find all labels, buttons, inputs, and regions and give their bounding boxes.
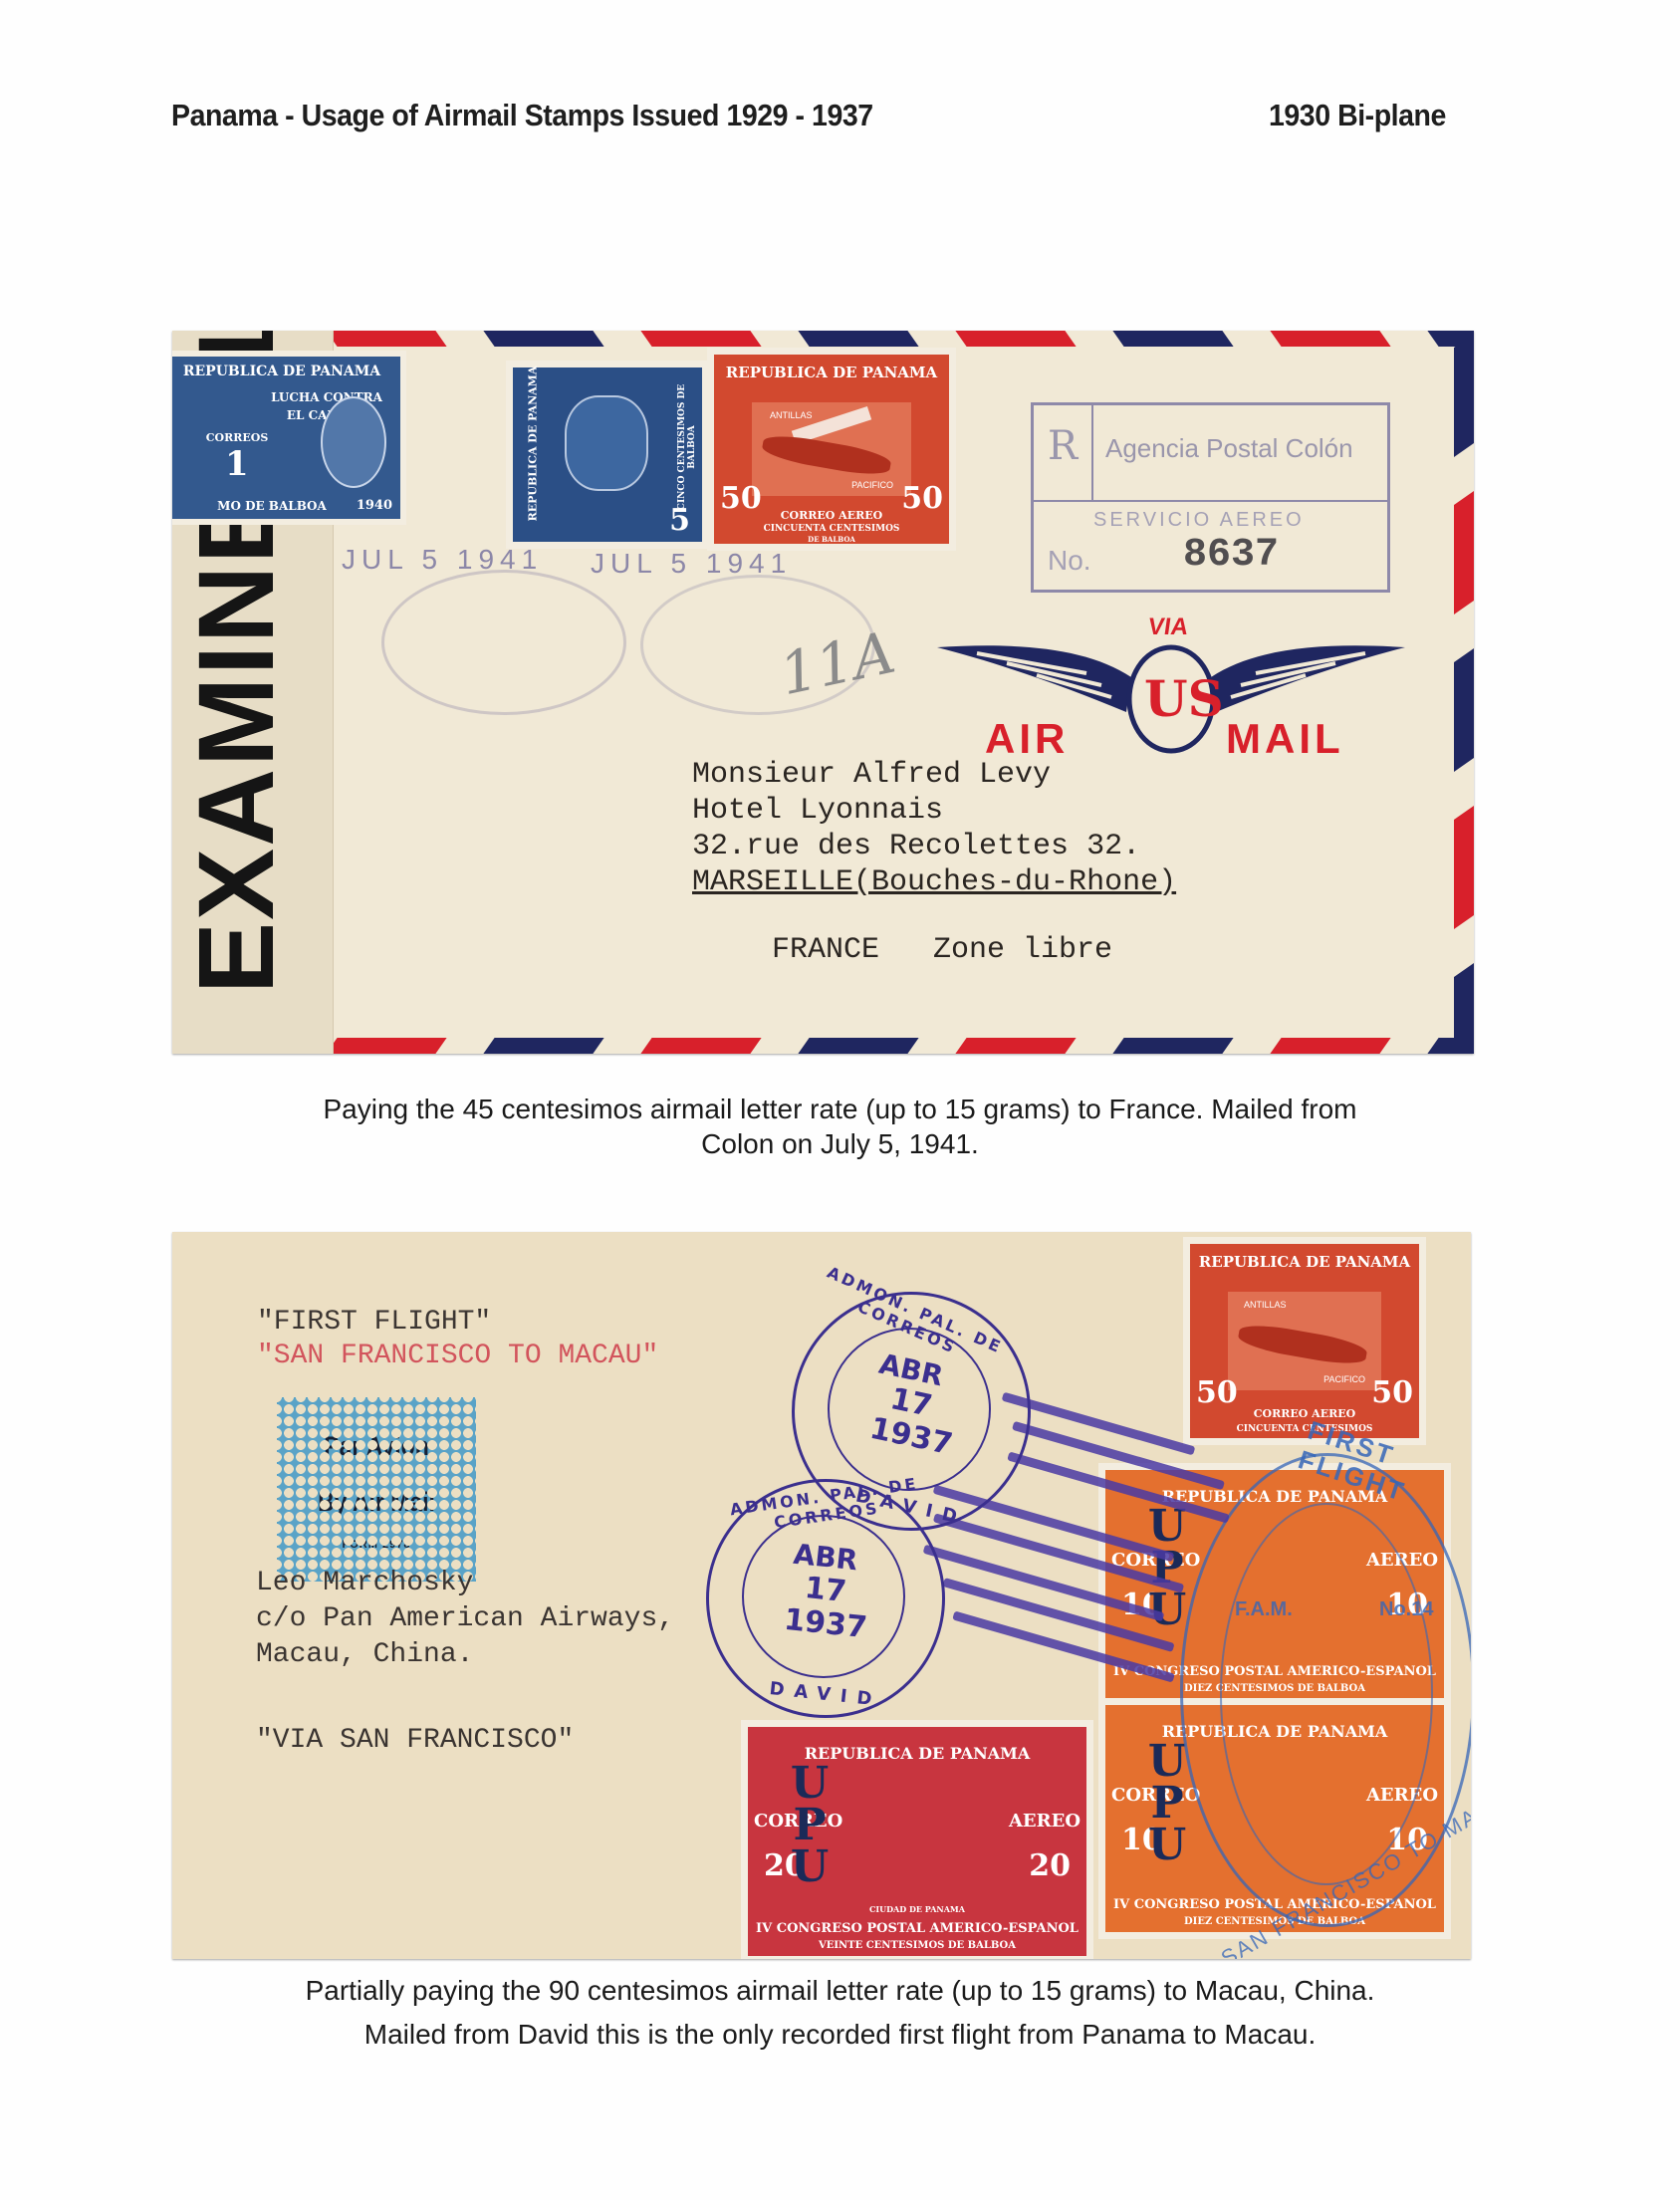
address-line: Macau, China. xyxy=(256,1637,473,1673)
airmail-stripe xyxy=(1454,963,1474,1054)
address-line: Hotel Lyonnais xyxy=(692,793,943,829)
airmail-stripe xyxy=(326,1038,446,1054)
airmail-stripe xyxy=(1112,1038,1233,1054)
par-avion-label: Par Avion By Air Mail FORM 2978 xyxy=(277,1397,476,1582)
caption-cover1-line2: Colon on July 5, 1941. xyxy=(0,1125,1680,1163)
map-label: ANTILLAS xyxy=(770,410,813,420)
divider xyxy=(1034,500,1387,502)
stamp-curie-1c: REPUBLICA DE PANAMA LUCHA CONTRA EL CANC… xyxy=(172,351,406,525)
registration-number: 8637 xyxy=(1183,533,1279,578)
page-title: Panama - Usage of Airmail Stamps Issued … xyxy=(171,98,873,133)
stamp-country: REPUBLICA DE PANAMA xyxy=(1196,1250,1413,1274)
upu-overprint: UPU xyxy=(1147,1741,1187,1866)
stamp-text: DIEZ CENTESIMOS DE BALBOA xyxy=(1105,1916,1444,1927)
stamp-text: CORREO AEREO xyxy=(1190,1407,1419,1420)
airmail-stripe xyxy=(640,1038,761,1054)
stamp-portrait xyxy=(321,396,386,488)
cachet-first-flight: "FIRST FLIGHT" xyxy=(257,1305,491,1341)
address-line: 32.rue des Recolettes 32. xyxy=(692,829,1140,864)
map-label: PACIFICO xyxy=(851,480,893,490)
stamp-country: REPUBLICA DE PANAMA xyxy=(172,361,394,382)
stamp-text: AEREO xyxy=(1366,1550,1438,1571)
panama-map-icon xyxy=(1237,1321,1369,1368)
stamp-text: REPUBLICA DE PANAMA xyxy=(527,365,540,524)
coat-of-arms-icon xyxy=(565,395,648,491)
airmail-mail: MAIL xyxy=(1226,715,1344,763)
airmail-stripe xyxy=(955,331,1076,347)
map-label: ANTILLAS xyxy=(1244,1300,1287,1310)
label-by-air-mail: By Air Mail xyxy=(292,1487,461,1518)
airmail-stripe xyxy=(1112,331,1233,347)
stamp-text: CORREO AEREO xyxy=(714,509,949,522)
stamp-text: CINCO CENTESIMOS DE BALBOA xyxy=(677,372,697,522)
caption-cover2-line2: Mailed from David this is the only recor… xyxy=(0,2016,1680,2054)
airmail-stripe xyxy=(483,1038,603,1054)
airmail-via: VIA xyxy=(1146,613,1190,641)
registration-no-label: No. xyxy=(1048,545,1091,577)
airmail-stripe xyxy=(1270,1038,1390,1054)
stamp-biplane-50c: REPUBLICA DE PANAMA ANTILLAS PACIFICO 50… xyxy=(1183,1237,1426,1445)
stamp-denomination: 50 xyxy=(1196,1375,1238,1410)
stamp-text: CIUDAD DE PANAMA xyxy=(748,1904,1086,1914)
stamp-coat-of-arms-5c: REPUBLICA DE PANAMA CINCO CENTESIMOS DE … xyxy=(506,361,709,549)
stamp-text: AEREO xyxy=(1009,1811,1080,1832)
address-line: c/o Pan American Airways, xyxy=(256,1601,674,1637)
cover-macau-1937: "FIRST FLIGHT" "SAN FRANCISCO TO MACAU" … xyxy=(172,1232,1471,1959)
stamp-text: CINCUENTA CENTESIMOS xyxy=(714,524,949,534)
label-form-number: FORM 2978 xyxy=(277,1539,476,1551)
stamp-denomination: 10 xyxy=(1386,1588,1428,1622)
stamp-upu-10c: REPUBLICA DE PANAMA CORREO AEREO 10 10 I… xyxy=(1098,1698,1451,1939)
upu-overprint: UPU xyxy=(790,1763,830,1888)
stamp-text: CINCUENTA CENTESIMOS xyxy=(1190,1424,1419,1434)
airmail-stripe xyxy=(326,331,446,347)
airmail-stripe xyxy=(640,331,761,347)
address-line: Monsieur Alfred Levy xyxy=(692,757,1051,793)
registration-office: Agencia Postal Colón xyxy=(1105,433,1353,464)
address-line: Leo Marchosky xyxy=(256,1566,473,1601)
stamp-country: REPUBLICA DE PANAMA xyxy=(720,361,943,384)
airmail-stripe xyxy=(1270,331,1390,347)
registration-service: SERVICIO AEREO xyxy=(1093,509,1305,532)
stamp-denomination: 20 xyxy=(1029,1848,1071,1883)
stamp-denomination: 10 xyxy=(1386,1823,1428,1857)
airmail-stripe xyxy=(798,1038,918,1054)
stamp-text: DE BALBOA xyxy=(714,535,949,544)
cachet-route: "SAN FRANCISCO TO MACAU" xyxy=(257,1339,658,1374)
stamp-text: IV CONGRESO POSTAL AMERICO-ESPANOL xyxy=(1105,1897,1444,1912)
registration-letter: R xyxy=(1034,423,1091,469)
map-vignette: ANTILLAS PACIFICO xyxy=(752,402,911,496)
via-us-airmail-logo: VIA US AIR MAIL xyxy=(937,617,1405,777)
cover-france-1941: EXAMINER 133 REPUBLICA DE PANAMA LUCHA C… xyxy=(172,331,1474,1054)
stamp-denomination: 5 xyxy=(669,503,690,538)
airmail-stripe xyxy=(1454,648,1474,772)
label-par-avion: Par Avion xyxy=(292,1431,461,1462)
airmail-stripe xyxy=(1454,491,1474,614)
airmail-stripe xyxy=(483,331,603,347)
stamp-denomination: 50 xyxy=(1371,1375,1413,1410)
stamp-text: MO DE BALBOA xyxy=(203,499,341,513)
page-subtitle: 1930 Bi-plane xyxy=(1269,98,1446,133)
airmail-stripe xyxy=(1454,806,1474,929)
caption-cover2-line1: Partially paying the 90 centesimos airma… xyxy=(0,1972,1680,2010)
stamp-biplane-50c: REPUBLICA DE PANAMA ANTILLAS PACIFICO 50… xyxy=(707,348,956,551)
stamp-upu-20c: REPUBLICA DE PANAMA CORREO AEREO 20 20 C… xyxy=(741,1720,1093,1959)
stamp-text: VEINTE CENTESIMOS DE BALBOA xyxy=(748,1940,1086,1951)
map-label: PACIFICO xyxy=(1323,1374,1365,1384)
stamp-text: AEREO xyxy=(1366,1785,1438,1806)
postmark-circle xyxy=(381,570,626,715)
stamp-text: CORREOS xyxy=(203,431,271,444)
stamp-denomination: 1 xyxy=(225,444,249,484)
airmail-stripe xyxy=(1454,334,1474,457)
airmail-stripe xyxy=(798,331,918,347)
airmail-us: US xyxy=(1144,669,1224,728)
registration-handstamp: R Agencia Postal Colón SERVICIO AEREO No… xyxy=(1031,402,1390,593)
airmail-air: AIR xyxy=(985,715,1069,763)
map-vignette: ANTILLAS PACIFICO xyxy=(1228,1292,1381,1390)
panama-map-icon xyxy=(761,431,893,479)
routing-instruction: "VIA SAN FRANCISCO" xyxy=(256,1723,574,1759)
address-country: FRANCE Zone libre xyxy=(772,932,1112,968)
airmail-stripe xyxy=(955,1038,1076,1054)
postmark-david-2: ADMON. PAL. DE CORREOS DAVID ABR 17 1937 xyxy=(706,1479,945,1718)
stamp-text: DIEZ CENTESIMOS DE BALBOA xyxy=(1105,1683,1444,1694)
stamp-year: 1940 xyxy=(357,498,392,513)
stamp-text: IV CONGRESO POSTAL AMERICO-ESPANOL xyxy=(748,1921,1086,1936)
caption-cover1-line1: Paying the 45 centesimos airmail letter … xyxy=(0,1091,1680,1128)
stamp-text: LUCHA CONTRA xyxy=(253,390,400,404)
registration-r-cell: R xyxy=(1034,405,1093,500)
address-line: MARSEILLE(Bouches-du-Rhone) xyxy=(692,864,1176,900)
